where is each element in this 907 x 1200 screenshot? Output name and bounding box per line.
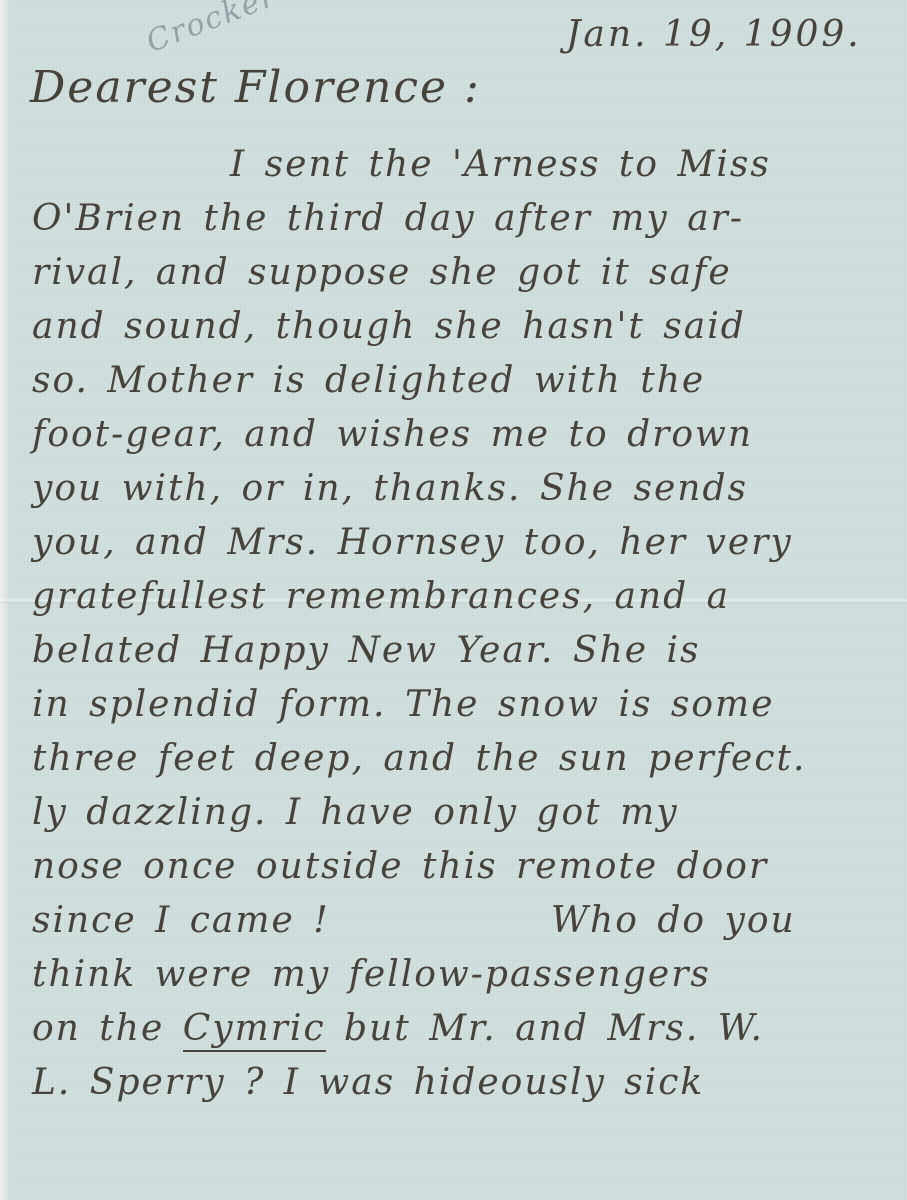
letter-line: nose once outside this remote door <box>32 840 889 894</box>
letter-line: L. Sperry ? I was hideously sick <box>32 1056 889 1110</box>
letter-body: I sent the 'Arness to MissO'Brien the th… <box>32 138 889 1110</box>
letter-line: and sound, though she hasn't said <box>32 300 889 354</box>
letter-line: think were my fellow-passengers <box>32 948 889 1002</box>
salutation: Dearest Florence : <box>30 62 481 113</box>
letter-line: belated Happy New Year. She is <box>32 624 889 678</box>
letter-line: you, and Mrs. Hornsey too, her very <box>32 516 889 570</box>
letter-line: ly dazzling. I have only got my <box>32 786 889 840</box>
line-text: on the <box>32 1008 183 1049</box>
letter-line: in splendid form. The snow is some <box>32 678 889 732</box>
letter-date: Jan. 19, 1909. <box>566 14 862 55</box>
letter-line: on the Cymric but Mr. and Mrs. W. <box>32 1002 889 1056</box>
ship-name-underlined: Cymric <box>183 1008 326 1052</box>
pencil-annotation: Crocker <box>142 0 282 60</box>
letter-line: rival, and suppose she got it safe <box>32 246 889 300</box>
letter-line: three feet deep, and the sun perfect. <box>32 732 889 786</box>
letter-line: since I came ! Who do you <box>32 894 889 948</box>
letter-line: foot-gear, and wishes me to drown <box>32 408 889 462</box>
line-text: but Mr. and Mrs. W. <box>326 1008 764 1049</box>
letter-page: Crocker Jan. 19, 1909. Dearest Florence … <box>0 0 907 1200</box>
letter-line: gratefullest remembrances, and a <box>32 570 889 624</box>
letter-line: you with, or in, thanks. She sends <box>32 462 889 516</box>
paper-edge <box>0 0 9 1200</box>
letter-line: O'Brien the third day after my ar- <box>32 192 889 246</box>
letter-line: so. Mother is delighted with the <box>32 354 889 408</box>
letter-line: I sent the 'Arness to Miss <box>32 138 889 192</box>
